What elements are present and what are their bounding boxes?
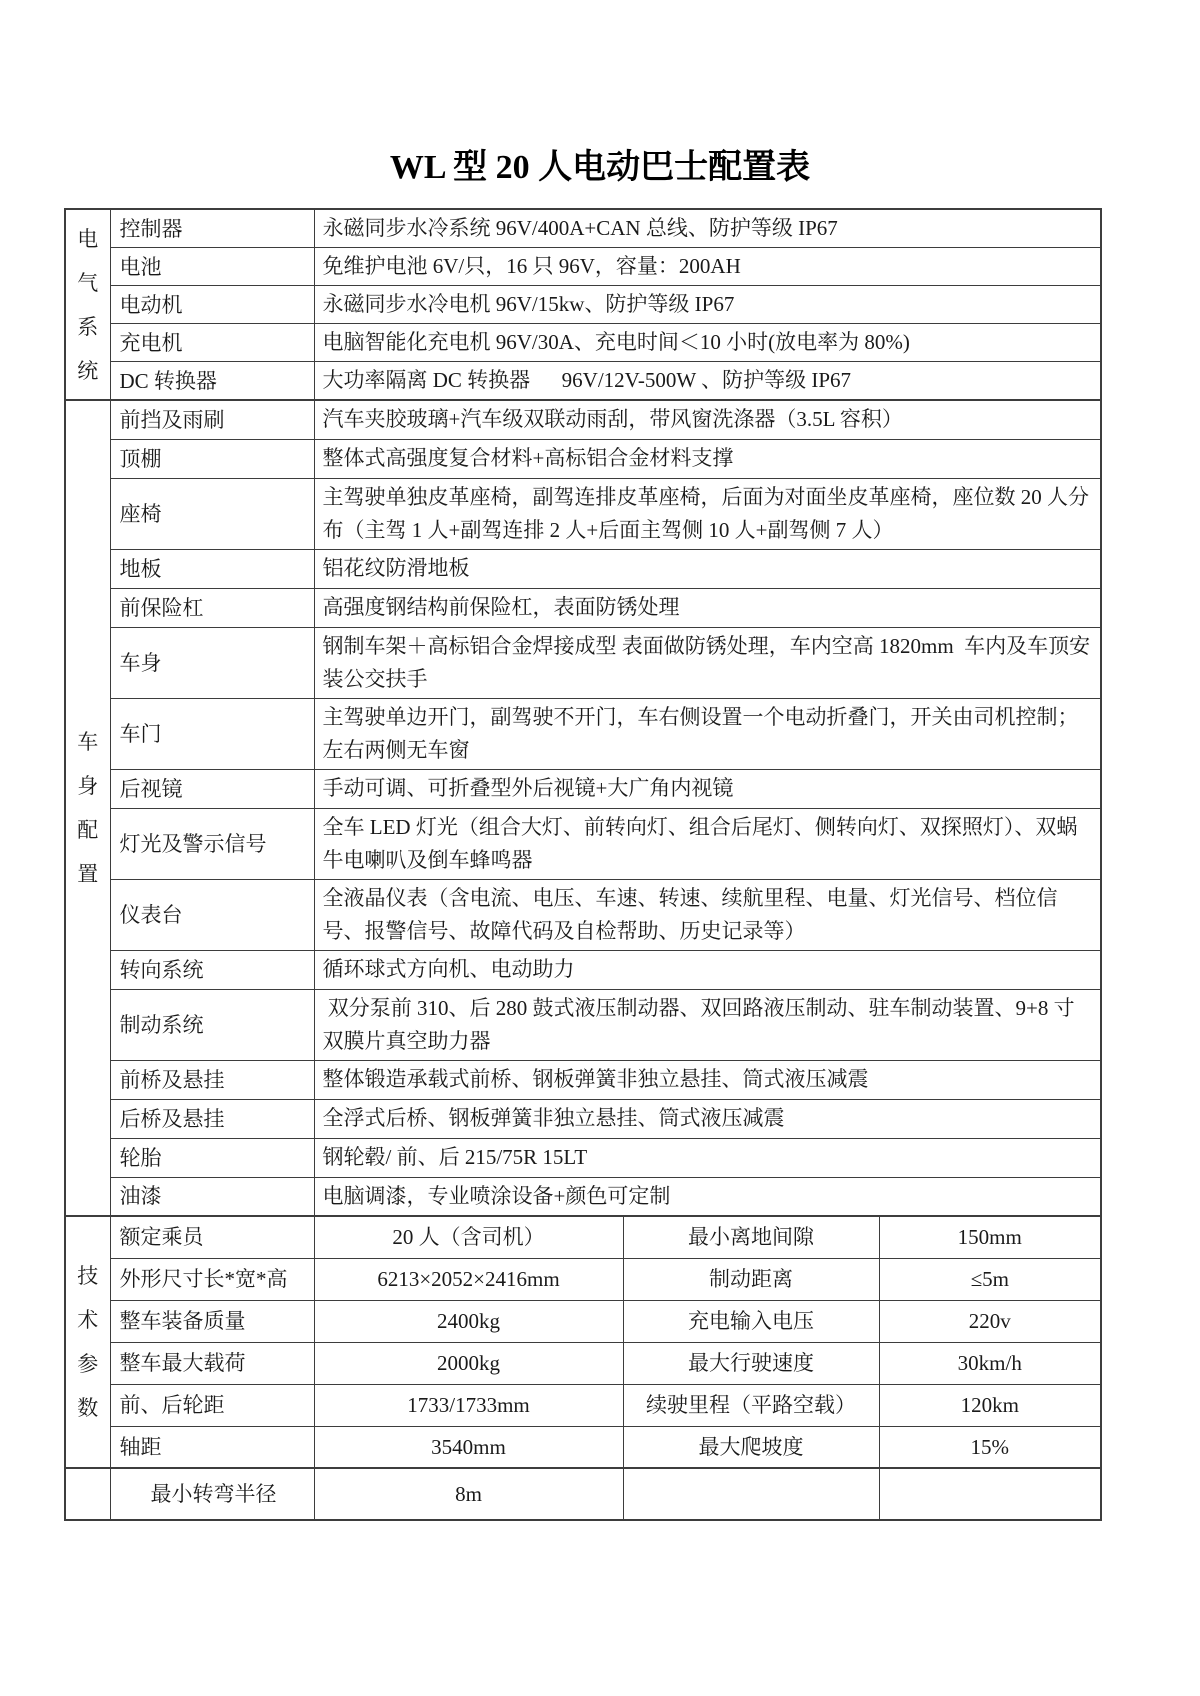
spec-label: 充电机 [110, 324, 314, 362]
spec-label: 电池 [110, 248, 314, 286]
param-value: 2000kg [314, 1342, 623, 1384]
spec-label: DC 转换器 [110, 362, 314, 401]
spec-label: 前挡及雨刷 [110, 400, 314, 439]
param-label: 整车装备质量 [110, 1300, 314, 1342]
spec-label: 油漆 [110, 1177, 314, 1216]
bus-spec-table: 电气系统 控制器 永磁同步水冷系统 96V/400A+CAN 总线、防护等级 I… [64, 208, 1102, 1521]
param-label-2: 最小离地间隙 [623, 1216, 879, 1258]
spec-content: 电脑智能化充电机 96V/30A、充电时间＜10 小时(放电率为 80%) [314, 324, 1101, 362]
param-label: 整车最大载荷 [110, 1342, 314, 1384]
spec-label: 车门 [110, 698, 314, 769]
param-value: 2400kg [314, 1300, 623, 1342]
spec-label: 灯光及警示信号 [110, 808, 314, 879]
param-label-2 [623, 1468, 879, 1520]
spec-label: 仪表台 [110, 879, 314, 950]
param-label-2: 最大爬坡度 [623, 1426, 879, 1468]
spec-content: 钢制车架＋高标铝合金焊接成型 表面做防锈处理，车内空高 1820mm 车内及车顶… [314, 627, 1101, 698]
param-value-2: 220v [879, 1300, 1101, 1342]
param-label: 外形尺寸长*宽*高 [110, 1258, 314, 1300]
spec-content: 循环球式方向机、电动助力 [314, 950, 1101, 989]
param-value: 20 人（含司机） [314, 1216, 623, 1258]
spec-label: 车身 [110, 627, 314, 698]
param-value-2: 30km/h [879, 1342, 1101, 1384]
param-value: 8m [314, 1468, 623, 1520]
spec-label: 地板 [110, 549, 314, 588]
param-label-2: 续驶里程（平路空载） [623, 1384, 879, 1426]
section-group-body: 车身配置 [65, 400, 110, 1216]
param-label: 最小转弯半径 [110, 1468, 314, 1520]
spec-label: 后视镜 [110, 769, 314, 808]
spec-content: 汽车夹胶玻璃+汽车级双联动雨刮，带风窗洗涤器（3.5L 容积） [314, 400, 1101, 439]
spec-content: 永磁同步水冷系统 96V/400A+CAN 总线、防护等级 IP67 [314, 209, 1101, 248]
spec-content: 整体式高强度复合材料+高标铝合金材料支撑 [314, 439, 1101, 478]
section-group-label: 电气系统 [76, 217, 99, 393]
param-label-2: 制动距离 [623, 1258, 879, 1300]
param-value: 6213×2052×2416mm [314, 1258, 623, 1300]
spec-label: 轮胎 [110, 1138, 314, 1177]
spec-content: 大功率隔离 DC 转换器 96V/12V-500W 、防护等级 IP67 [314, 362, 1101, 401]
param-value-2: 120km [879, 1384, 1101, 1426]
spec-label: 顶棚 [110, 439, 314, 478]
spec-content: 主驾驶单边开门，副驾驶不开门，车右侧设置一个电动折叠门，开关由司机控制；左右两侧… [314, 698, 1101, 769]
param-label: 轴距 [110, 1426, 314, 1468]
section-group-empty [65, 1468, 110, 1520]
spec-content: 免维护电池 6V/只，16 只 96V，容量：200AH [314, 248, 1101, 286]
spec-content: 主驾驶单独皮革座椅，副驾连排皮革座椅，后面为对面坐皮革座椅，座位数 20 人分布… [314, 478, 1101, 549]
spec-label: 电动机 [110, 286, 314, 324]
param-value-2: 15% [879, 1426, 1101, 1468]
param-value-2: ≤5m [879, 1258, 1101, 1300]
param-value-2: 150mm [879, 1216, 1101, 1258]
spec-content: 手动可调、可折叠型外后视镜+大广角内视镜 [314, 769, 1101, 808]
spec-label: 制动系统 [110, 989, 314, 1060]
spec-label: 转向系统 [110, 950, 314, 989]
spec-content: 全浮式后桥、钢板弹簧非独立悬挂、筒式液压减震 [314, 1099, 1101, 1138]
spec-content: 高强度钢结构前保险杠，表面防锈处理 [314, 588, 1101, 627]
page-title: WL 型 20 人电动巴士配置表 [0, 148, 1200, 188]
param-label-2: 充电输入电压 [623, 1300, 879, 1342]
spec-content: 全车 LED 灯光（组合大灯、前转向灯、组合后尾灯、侧转向灯、双探照灯）、双蜗牛… [314, 808, 1101, 879]
param-value: 3540mm [314, 1426, 623, 1468]
spec-content: 双分泵前 310、后 280 鼓式液压制动器、双回路液压制动、驻车制动装置、9+… [314, 989, 1101, 1060]
param-label: 前、后轮距 [110, 1384, 314, 1426]
spec-content: 整体锻造承载式前桥、钢板弹簧非独立悬挂、筒式液压减震 [314, 1060, 1101, 1099]
spec-label: 座椅 [110, 478, 314, 549]
spec-content: 电脑调漆，专业喷涂设备+颜色可定制 [314, 1177, 1101, 1216]
section-group-label: 车身配置 [76, 720, 99, 896]
spec-label: 后桥及悬挂 [110, 1099, 314, 1138]
param-label-2: 最大行驶速度 [623, 1342, 879, 1384]
spec-content: 永磁同步水冷电机 96V/15kw、防护等级 IP67 [314, 286, 1101, 324]
param-value-2 [879, 1468, 1101, 1520]
section-group-label: 技术参数 [76, 1254, 99, 1430]
param-value: 1733/1733mm [314, 1384, 623, 1426]
section-group-electrical: 电气系统 [65, 209, 110, 400]
spec-label: 前桥及悬挂 [110, 1060, 314, 1099]
spec-content: 全液晶仪表（含电流、电压、车速、转速、续航里程、电量、灯光信号、档位信号、报警信… [314, 879, 1101, 950]
param-label: 额定乘员 [110, 1216, 314, 1258]
section-group-tech: 技术参数 [65, 1216, 110, 1468]
spec-content: 铝花纹防滑地板 [314, 549, 1101, 588]
spec-content: 钢轮毂/ 前、后 215/75R 15LT [314, 1138, 1101, 1177]
spec-label: 控制器 [110, 209, 314, 248]
spec-label: 前保险杠 [110, 588, 314, 627]
